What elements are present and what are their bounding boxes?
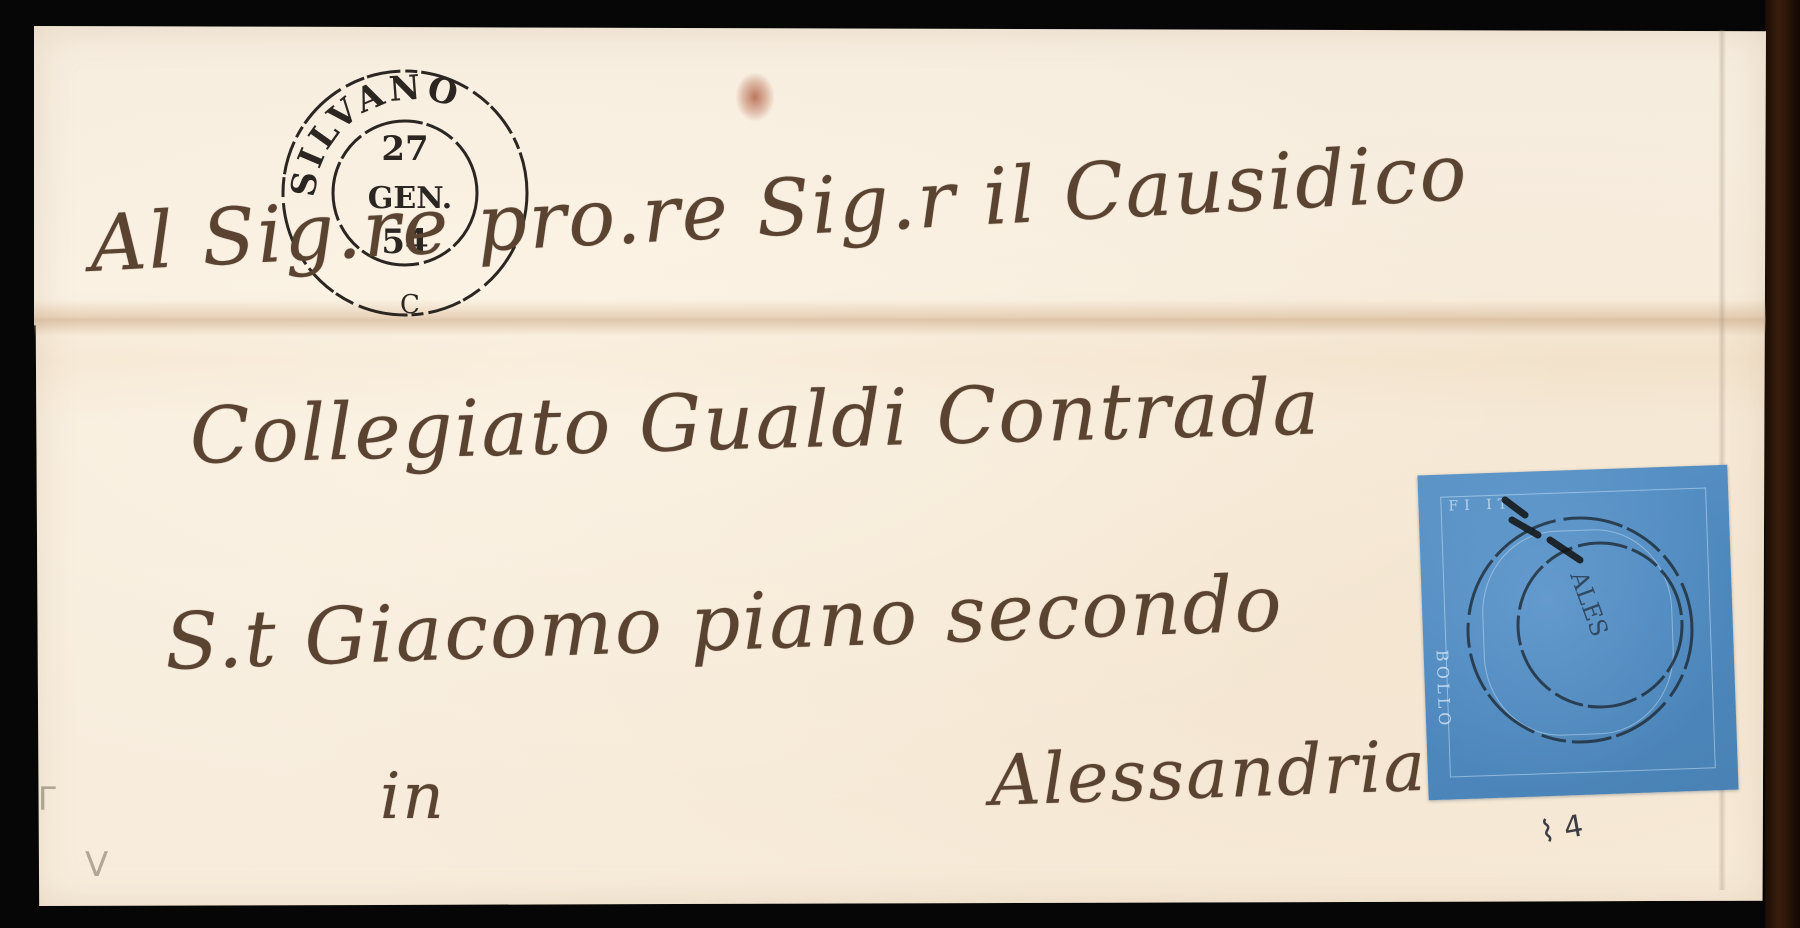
stamp-top-inscription: FI IT [1448, 496, 1513, 514]
stamp-side-inscription: BOLLO [1433, 649, 1455, 729]
red-ink-stain [735, 72, 775, 122]
address-line-4-left: in [380, 760, 446, 834]
stamp-portrait-oval [1479, 527, 1676, 739]
address-line-4-right: Alessandria [989, 725, 1429, 822]
faint-mark-gamma: Γ [38, 780, 56, 818]
photo-scene: SILVANO 27 GEN. 54 C Al Sig.re pro.re Si… [0, 0, 1800, 928]
pencil-annotation: ⌇ 4 [1537, 809, 1586, 851]
postmark-letter: C [400, 290, 420, 320]
postmark-day: 27 [381, 129, 428, 169]
blue-stamp: FI IT BOLLO [1417, 465, 1738, 801]
faint-mark-v: V [85, 845, 108, 885]
postmark-town: SILVANO [283, 67, 466, 199]
background-edge [1765, 0, 1800, 928]
svg-text:SILVANO: SILVANO [283, 67, 466, 199]
